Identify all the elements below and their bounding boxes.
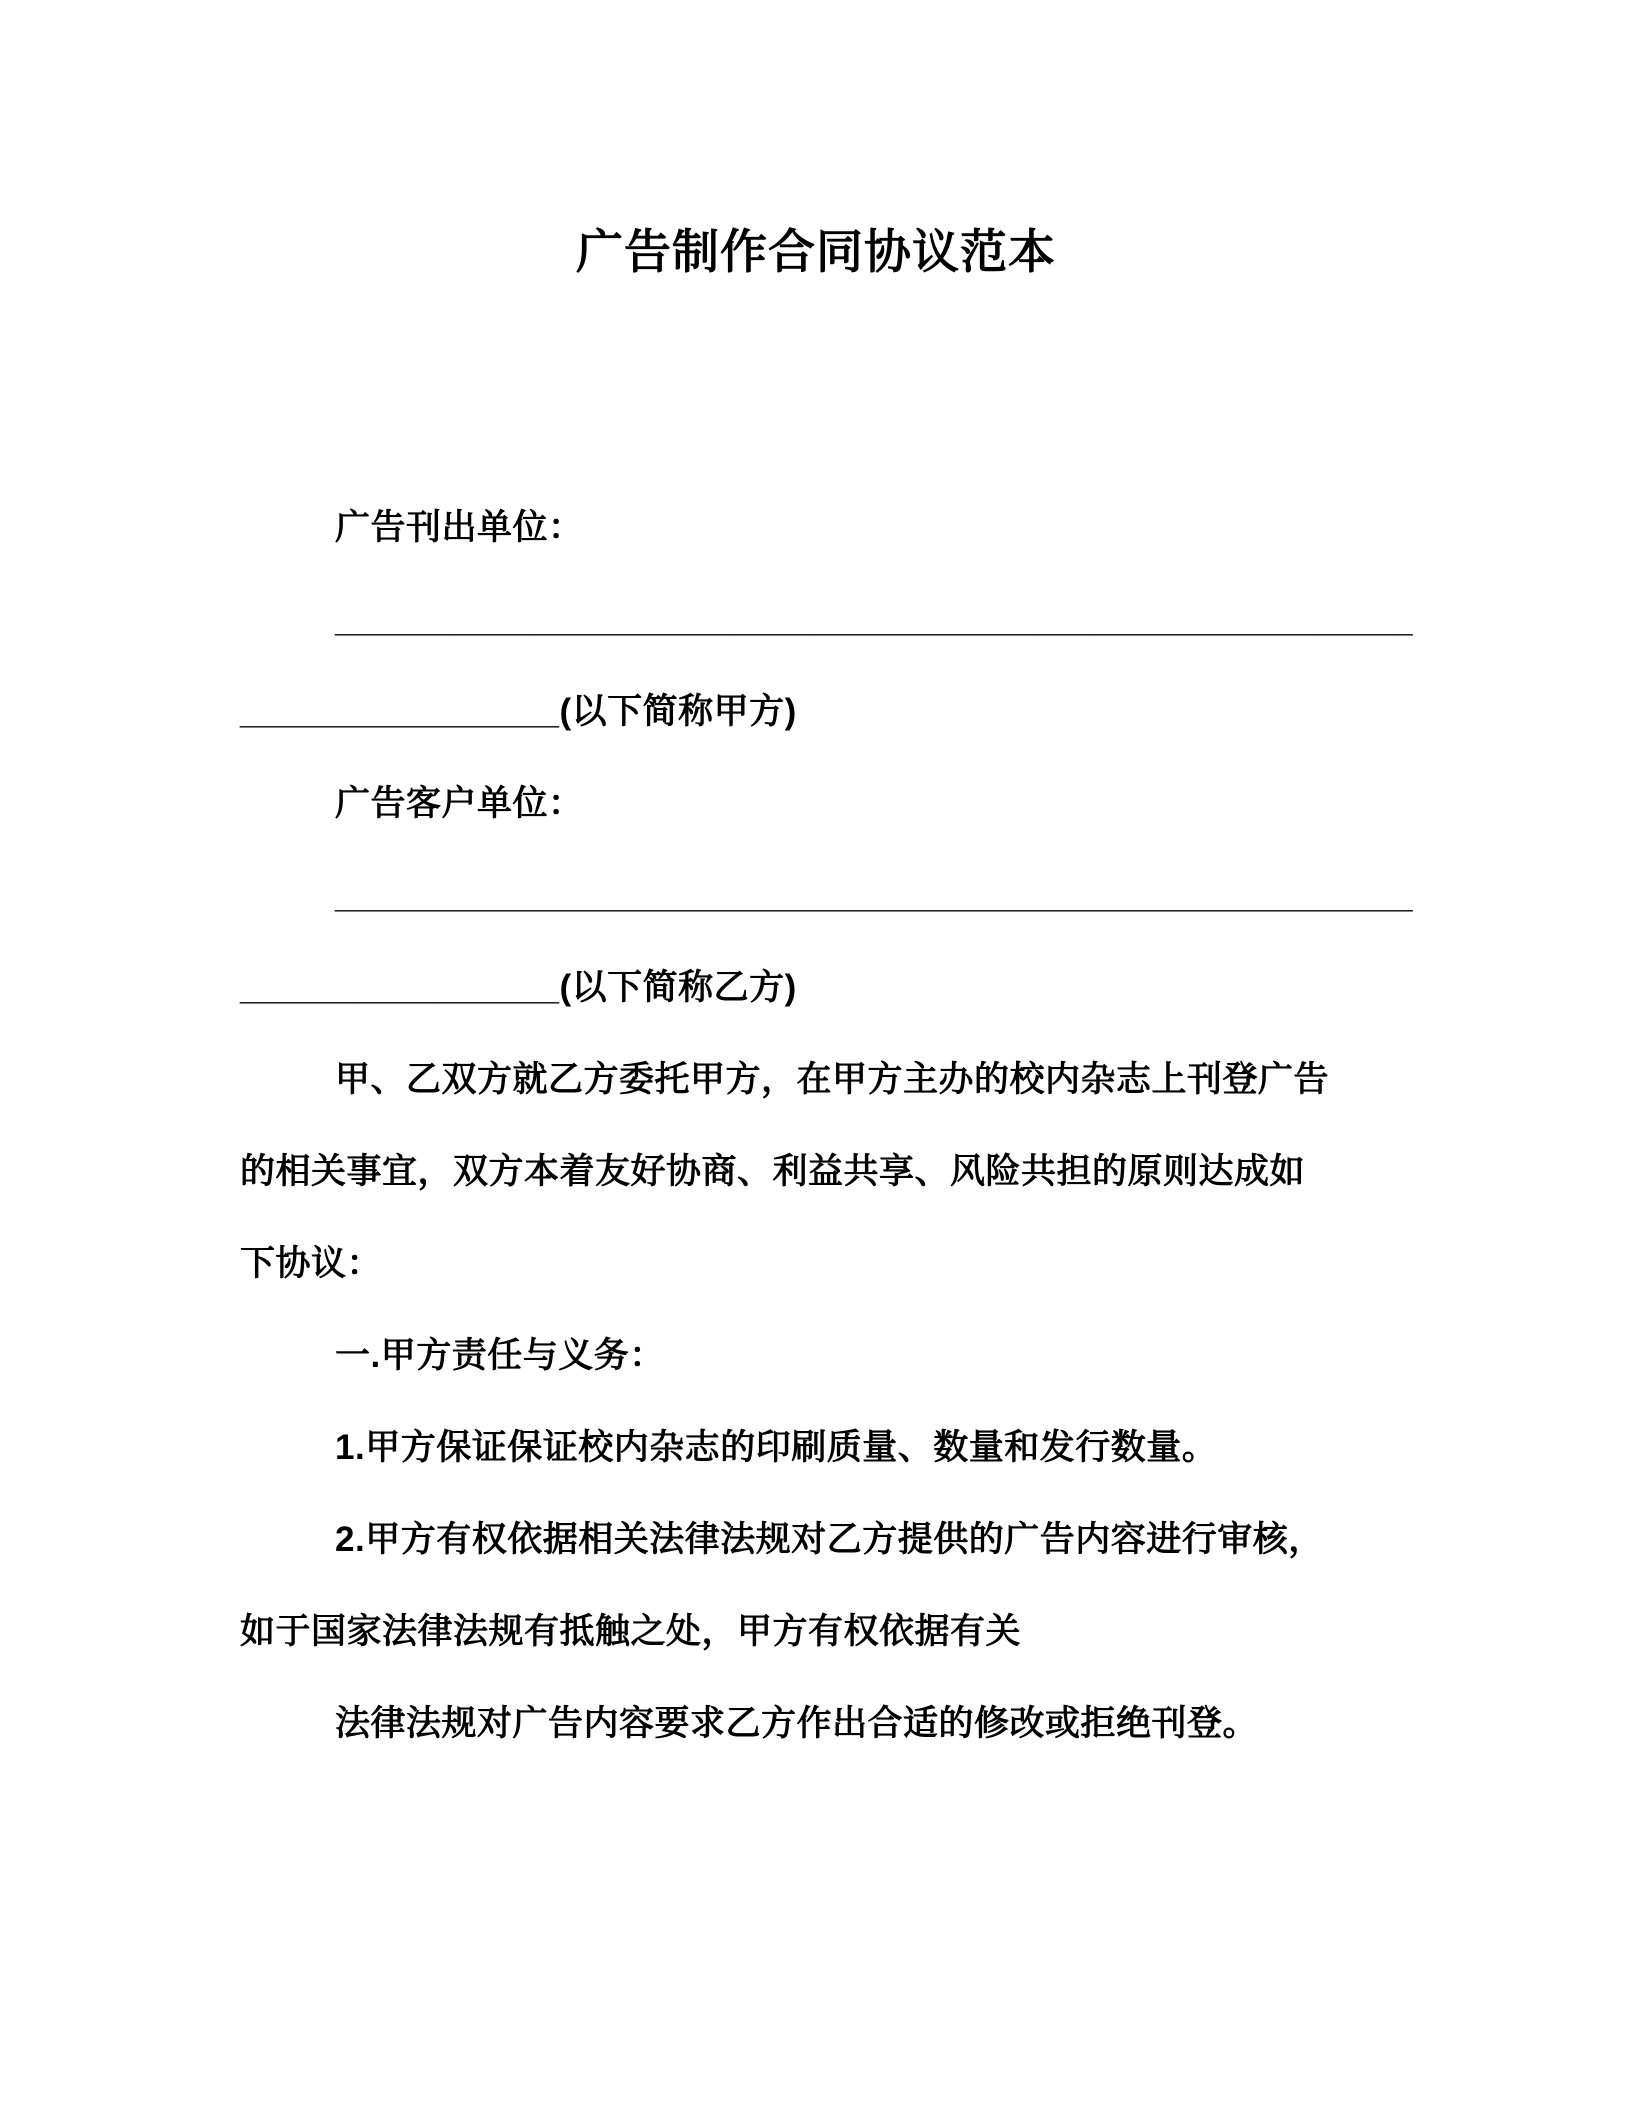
document-line: ________________________________________… xyxy=(240,574,1392,666)
document-line: ________________________________________… xyxy=(240,850,1392,942)
document-line: 一.甲方责任与义务： xyxy=(240,1310,1392,1402)
document-line: 2.甲方有权依据相关法律法规对乙方提供的广告内容进行审核， xyxy=(240,1494,1392,1586)
document-line: 的相关事宜，双方本着友好协商、利益共享、风险共担的原则达成如 xyxy=(240,1126,1392,1218)
document-line: 1.甲方保证保证校内杂志的印刷质量、数量和发行数量。 xyxy=(240,1402,1392,1494)
document-line: 如于国家法律法规有抵触之处，甲方有权依据有关 xyxy=(240,1586,1392,1678)
document-line: 下协议： xyxy=(240,1218,1392,1310)
document-line: 广告客户单位： xyxy=(240,758,1392,850)
document-line: 广告刊出单位： xyxy=(240,482,1392,574)
document-line: 法律法规对广告内容要求乙方作出合适的修改或拒绝刊登。 xyxy=(240,1678,1392,1770)
document-line: 甲、乙双方就乙方委托甲方，在甲方主办的校内杂志上刊登广告 xyxy=(240,1034,1392,1126)
document-body: 广告刊出单位：_________________________________… xyxy=(240,482,1392,1770)
document-line: ________________(以下简称甲方) xyxy=(240,666,1392,758)
document-line: ________________(以下简称乙方) xyxy=(240,942,1392,1034)
document-title: 广告制作合同协议范本 xyxy=(0,0,1632,282)
contract-document-page: 广告制作合同协议范本 广告刊出单位：______________________… xyxy=(0,0,1632,2112)
